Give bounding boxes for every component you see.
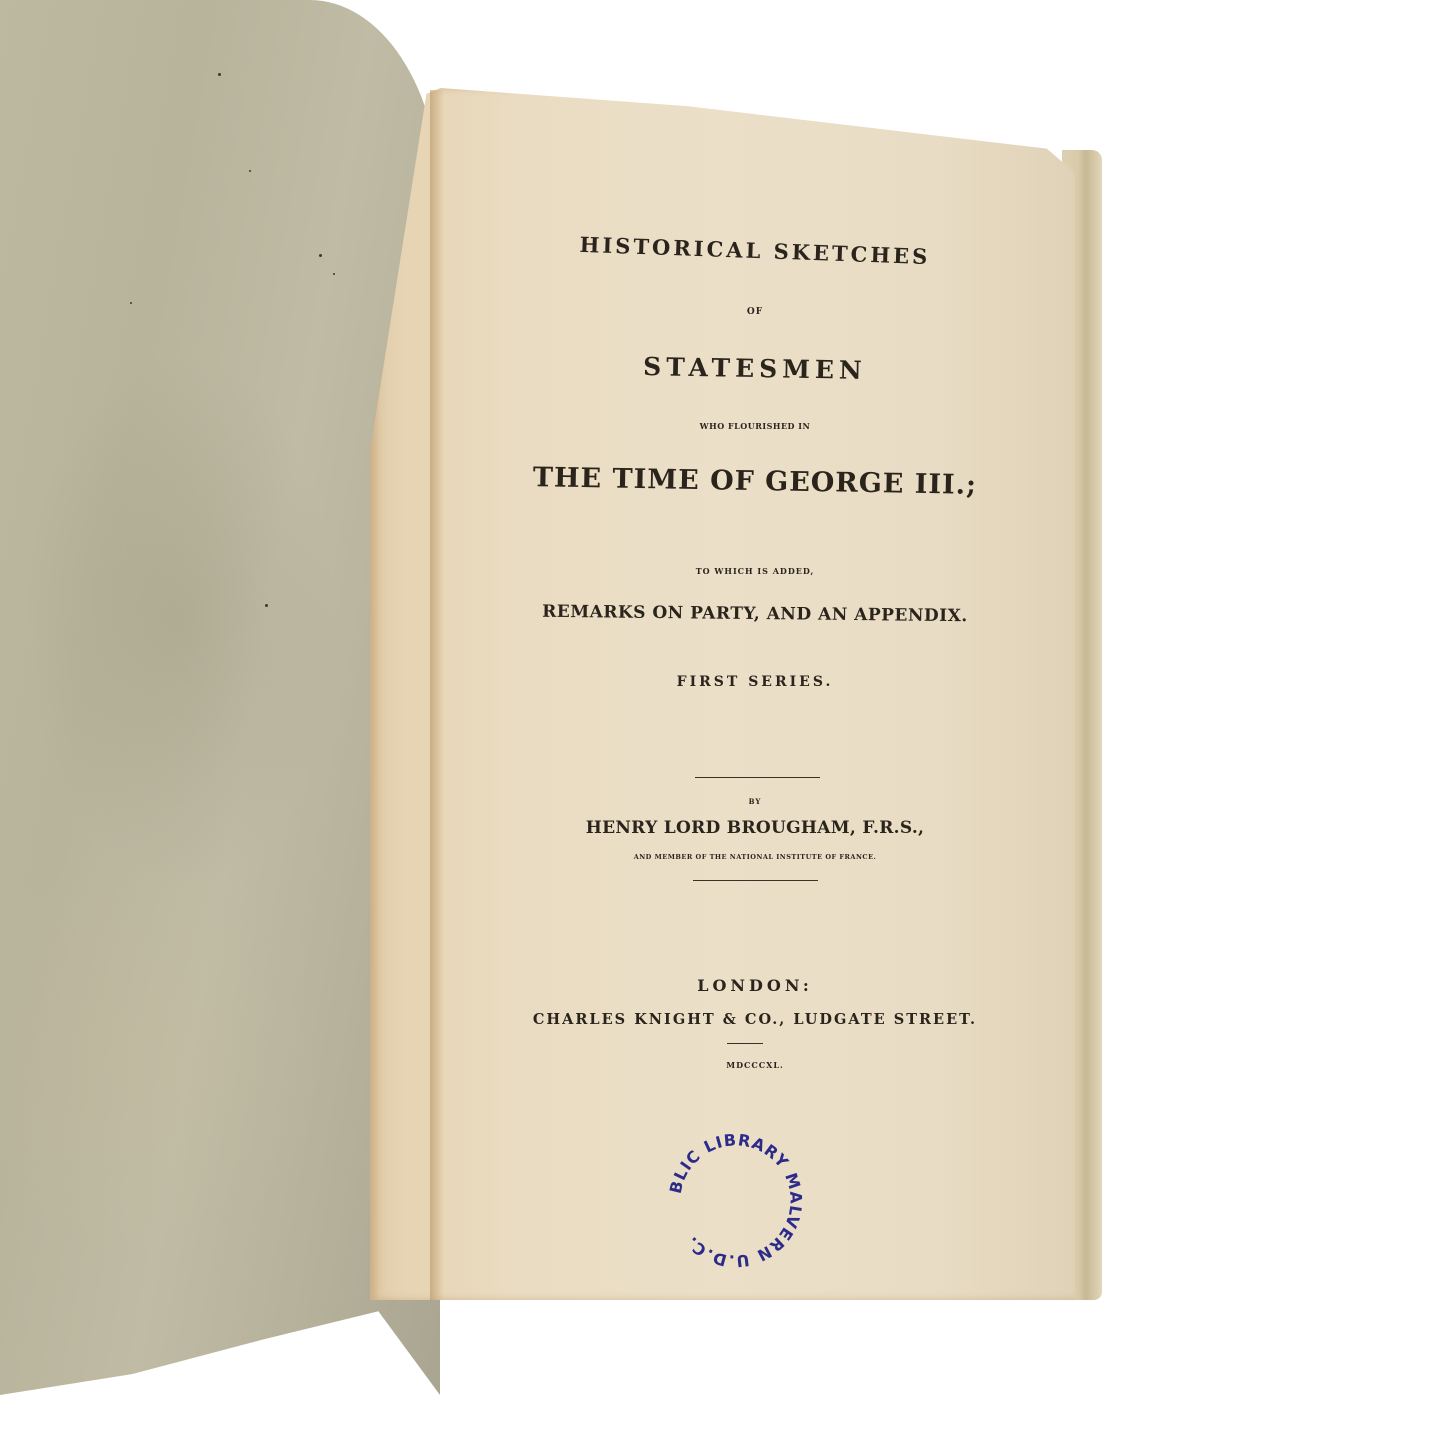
imprint-publisher: CHARLES KNIGHT & CO., LUDGATE STREET.	[520, 1011, 990, 1028]
library-stamp: PUBLIC LIBRARY MALVERN U.D.C.	[663, 1128, 808, 1273]
divider-rule	[693, 880, 818, 881]
gutter-shadow	[430, 90, 444, 1300]
title-line-of: OF	[520, 307, 990, 317]
subtitle-to-which-is-added: TO WHICH IS ADDED,	[520, 566, 990, 576]
divider-rule-short	[727, 1043, 763, 1044]
author-name: HENRY LORD BROUGHAM, F.R.S.,	[520, 818, 990, 838]
foxing-speck	[333, 273, 335, 275]
foxing-speck	[218, 73, 221, 76]
series-label: FIRST SERIES.	[520, 674, 990, 690]
library-stamp-ring: PUBLIC LIBRARY MALVERN U.D.C.	[663, 1128, 808, 1273]
library-stamp-text: PUBLIC LIBRARY MALVERN U.D.C.	[663, 1128, 806, 1271]
by-label: BY	[520, 797, 990, 806]
imprint-place: LONDON:	[520, 976, 990, 995]
foxing-speck	[249, 170, 251, 172]
divider-rule	[695, 777, 820, 778]
author-affiliation: AND MEMBER OF THE NATIONAL INSTITUTE OF …	[520, 853, 990, 861]
svg-text:PUBLIC LIBRARY MALVERN U.D.C.: PUBLIC LIBRARY MALVERN U.D.C.	[663, 1128, 806, 1271]
book-photo: HISTORICAL SKETCHES OF STATESMEN WHO FLO…	[0, 0, 1445, 1445]
foxing-speck	[265, 604, 268, 607]
foxing-speck	[130, 302, 132, 304]
title-line-who-flourished: WHO FLOURISHED IN	[520, 421, 990, 431]
foxing-speck	[319, 254, 322, 257]
imprint-year: MDCCCXL.	[520, 1060, 990, 1070]
